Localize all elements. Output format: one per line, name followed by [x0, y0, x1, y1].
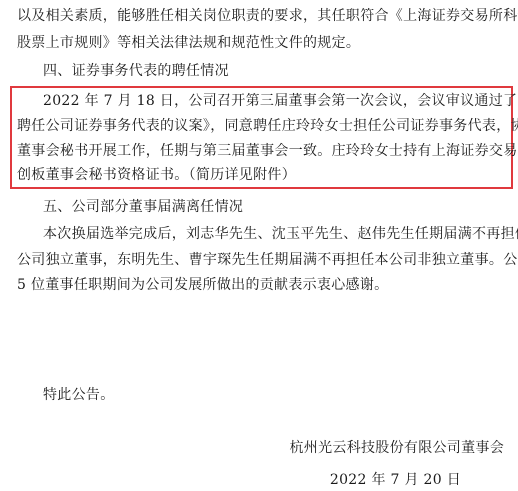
intro-line-1: 以及相关素质，能够胜任相关岗位职责的要求，其任职符合《上海证券交易所科创板: [17, 7, 518, 25]
section-4-line-4: 创板董事会秘书资格证书。（简历详见附件）: [17, 166, 296, 184]
section-4-heading: 四、证券事务代表的聘任情况: [43, 62, 229, 80]
section-5-line-2: 公司独立董事，东明先生、曹宇琛先生任期届满不再担任本公司非独立董事。公司对: [17, 251, 518, 269]
section-5-line-3: 5 位董事任职期间为公司发展所做出的贡献表示衷心感谢。: [17, 276, 388, 294]
section-4-line-1: 2022 年 7 月 18 日，公司召开第三届董事会第一次会议，会议审议通过了《…: [43, 92, 518, 110]
section-5-heading: 五、公司部分董事届满离任情况: [43, 198, 243, 216]
section-4-line-2: 聘任公司证券事务代表的议案》，同意聘任庄玲玲女士担任公司证券事务代表，协助: [17, 117, 518, 135]
intro-line-2: 股票上市规则》等相关法律法规和规范性文件的规定。: [17, 34, 360, 52]
closing-text: 特此公告。: [43, 386, 115, 404]
section-4-line-3: 董事会秘书开展工作，任期与第三届董事会一致。庄玲玲女士持有上海证券交易所科: [17, 142, 518, 160]
signature: 杭州光云科技股份有限公司董事会: [290, 439, 505, 457]
date: 2022 年 7 月 20 日: [330, 471, 461, 489]
section-5-line-1: 本次换届选举完成后，刘志华先生、沈玉平先生、赵伟先生任期届满不再担任本: [43, 225, 518, 243]
